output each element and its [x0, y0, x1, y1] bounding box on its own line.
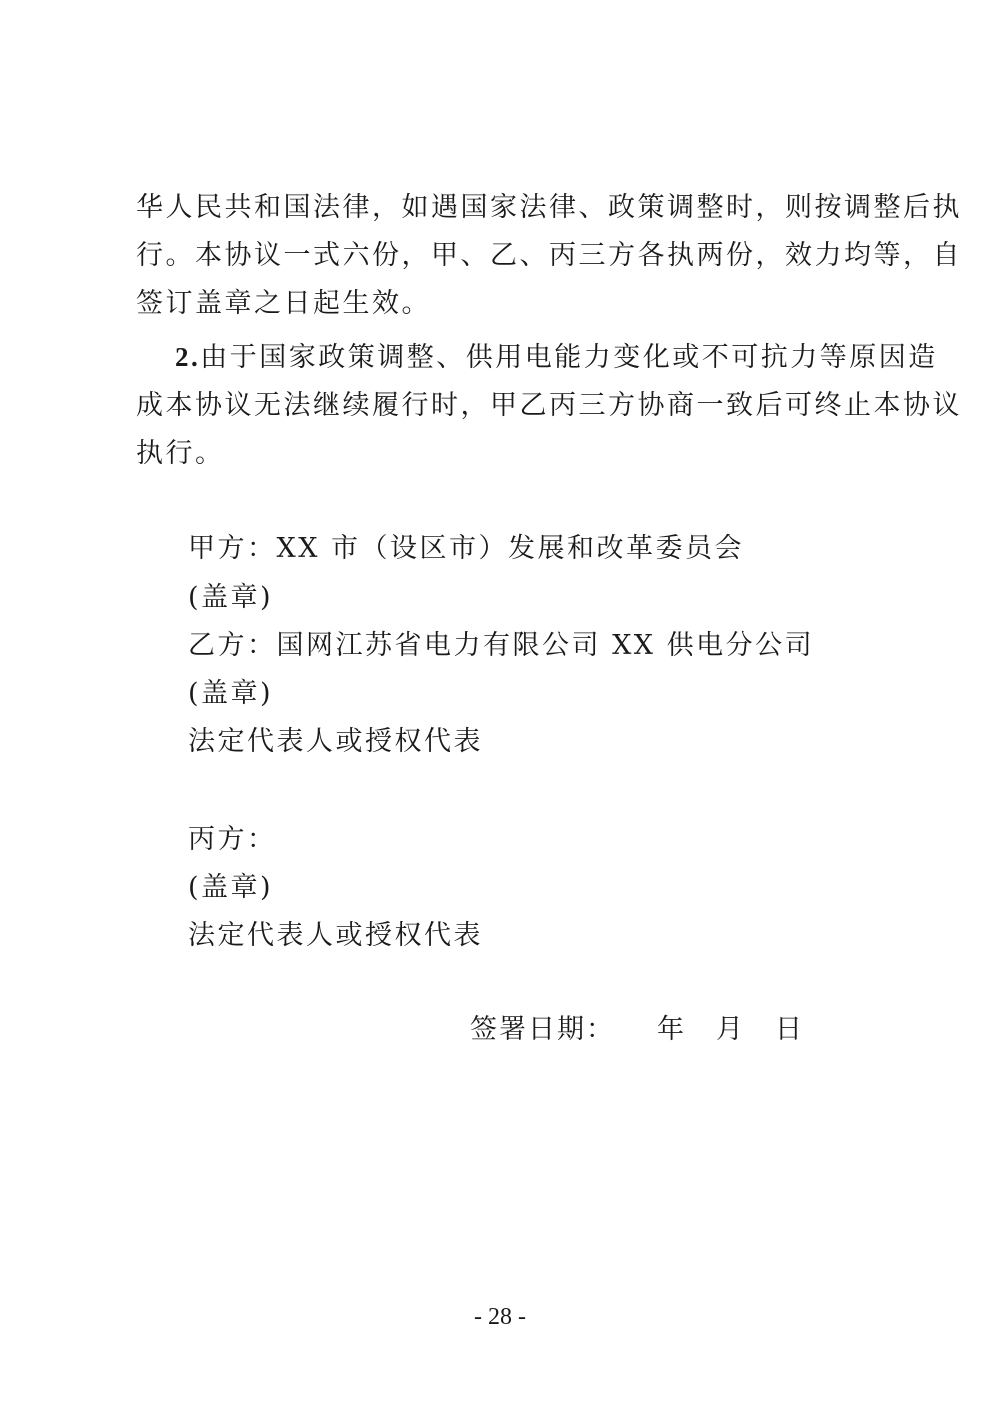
paragraph-1-line-1: 华人民共和国法律，如遇国家法律、政策调整时，则按调整后执 [136, 188, 962, 228]
party-c-seal: (盖章) [188, 868, 273, 908]
party-a-line: 甲方：XX 市（设区市）发展和改革委员会 [188, 529, 744, 569]
party-b-line: 乙方：国网江苏省电力有限公司 XX 供电分公司 [188, 626, 814, 666]
party-c-line: 丙方： [188, 820, 277, 860]
party-a-seal: (盖章) [188, 578, 273, 618]
signing-date-year: 年 [657, 1010, 686, 1050]
signing-date-month: 月 [716, 1010, 745, 1050]
party-b-name: 国网江苏省电力有限公司 XX 供电分公司 [277, 630, 815, 661]
party-a-label: 甲方： [188, 533, 277, 564]
signing-date-day: 日 [775, 1010, 804, 1050]
party-b-seal: (盖章) [188, 674, 273, 714]
document-page: 华人民共和国法律，如遇国家法律、政策调整时，则按调整后执 行。本协议一式六份，甲… [0, 0, 1000, 1414]
party-a-name: XX 市（设区市）发展和改革委员会 [277, 533, 745, 564]
paragraph-1-line-3: 签订盖章之日起生效。 [136, 284, 431, 324]
clause-number: 2. [175, 342, 200, 372]
signing-date-label: 签署日期： [470, 1010, 615, 1050]
party-b-label: 乙方： [188, 630, 277, 661]
signing-date: 签署日期：年月日 [470, 1010, 804, 1050]
paragraph-2-line-2: 成本协议无法继续履行时，甲乙丙三方协商一致后可终止本协议 [136, 386, 962, 426]
party-c-representative: 法定代表人或授权代表 [188, 916, 483, 956]
paragraph-2-line-1: 2.由于国家政策调整、供用电能力变化或不可抗力等原因造 [175, 337, 938, 378]
party-b-representative: 法定代表人或授权代表 [188, 722, 483, 762]
page-number: - 28 - [0, 1302, 1000, 1332]
paragraph-1-line-2: 行。本协议一式六份，甲、乙、丙三方各执两份，效力均等，自 [136, 236, 962, 276]
paragraph-2-line-3: 执行。 [136, 434, 225, 474]
party-c-label: 丙方： [188, 824, 277, 855]
paragraph-2-line-1-text: 由于国家政策调整、供用电能力变化或不可抗力等原因造 [200, 342, 938, 373]
